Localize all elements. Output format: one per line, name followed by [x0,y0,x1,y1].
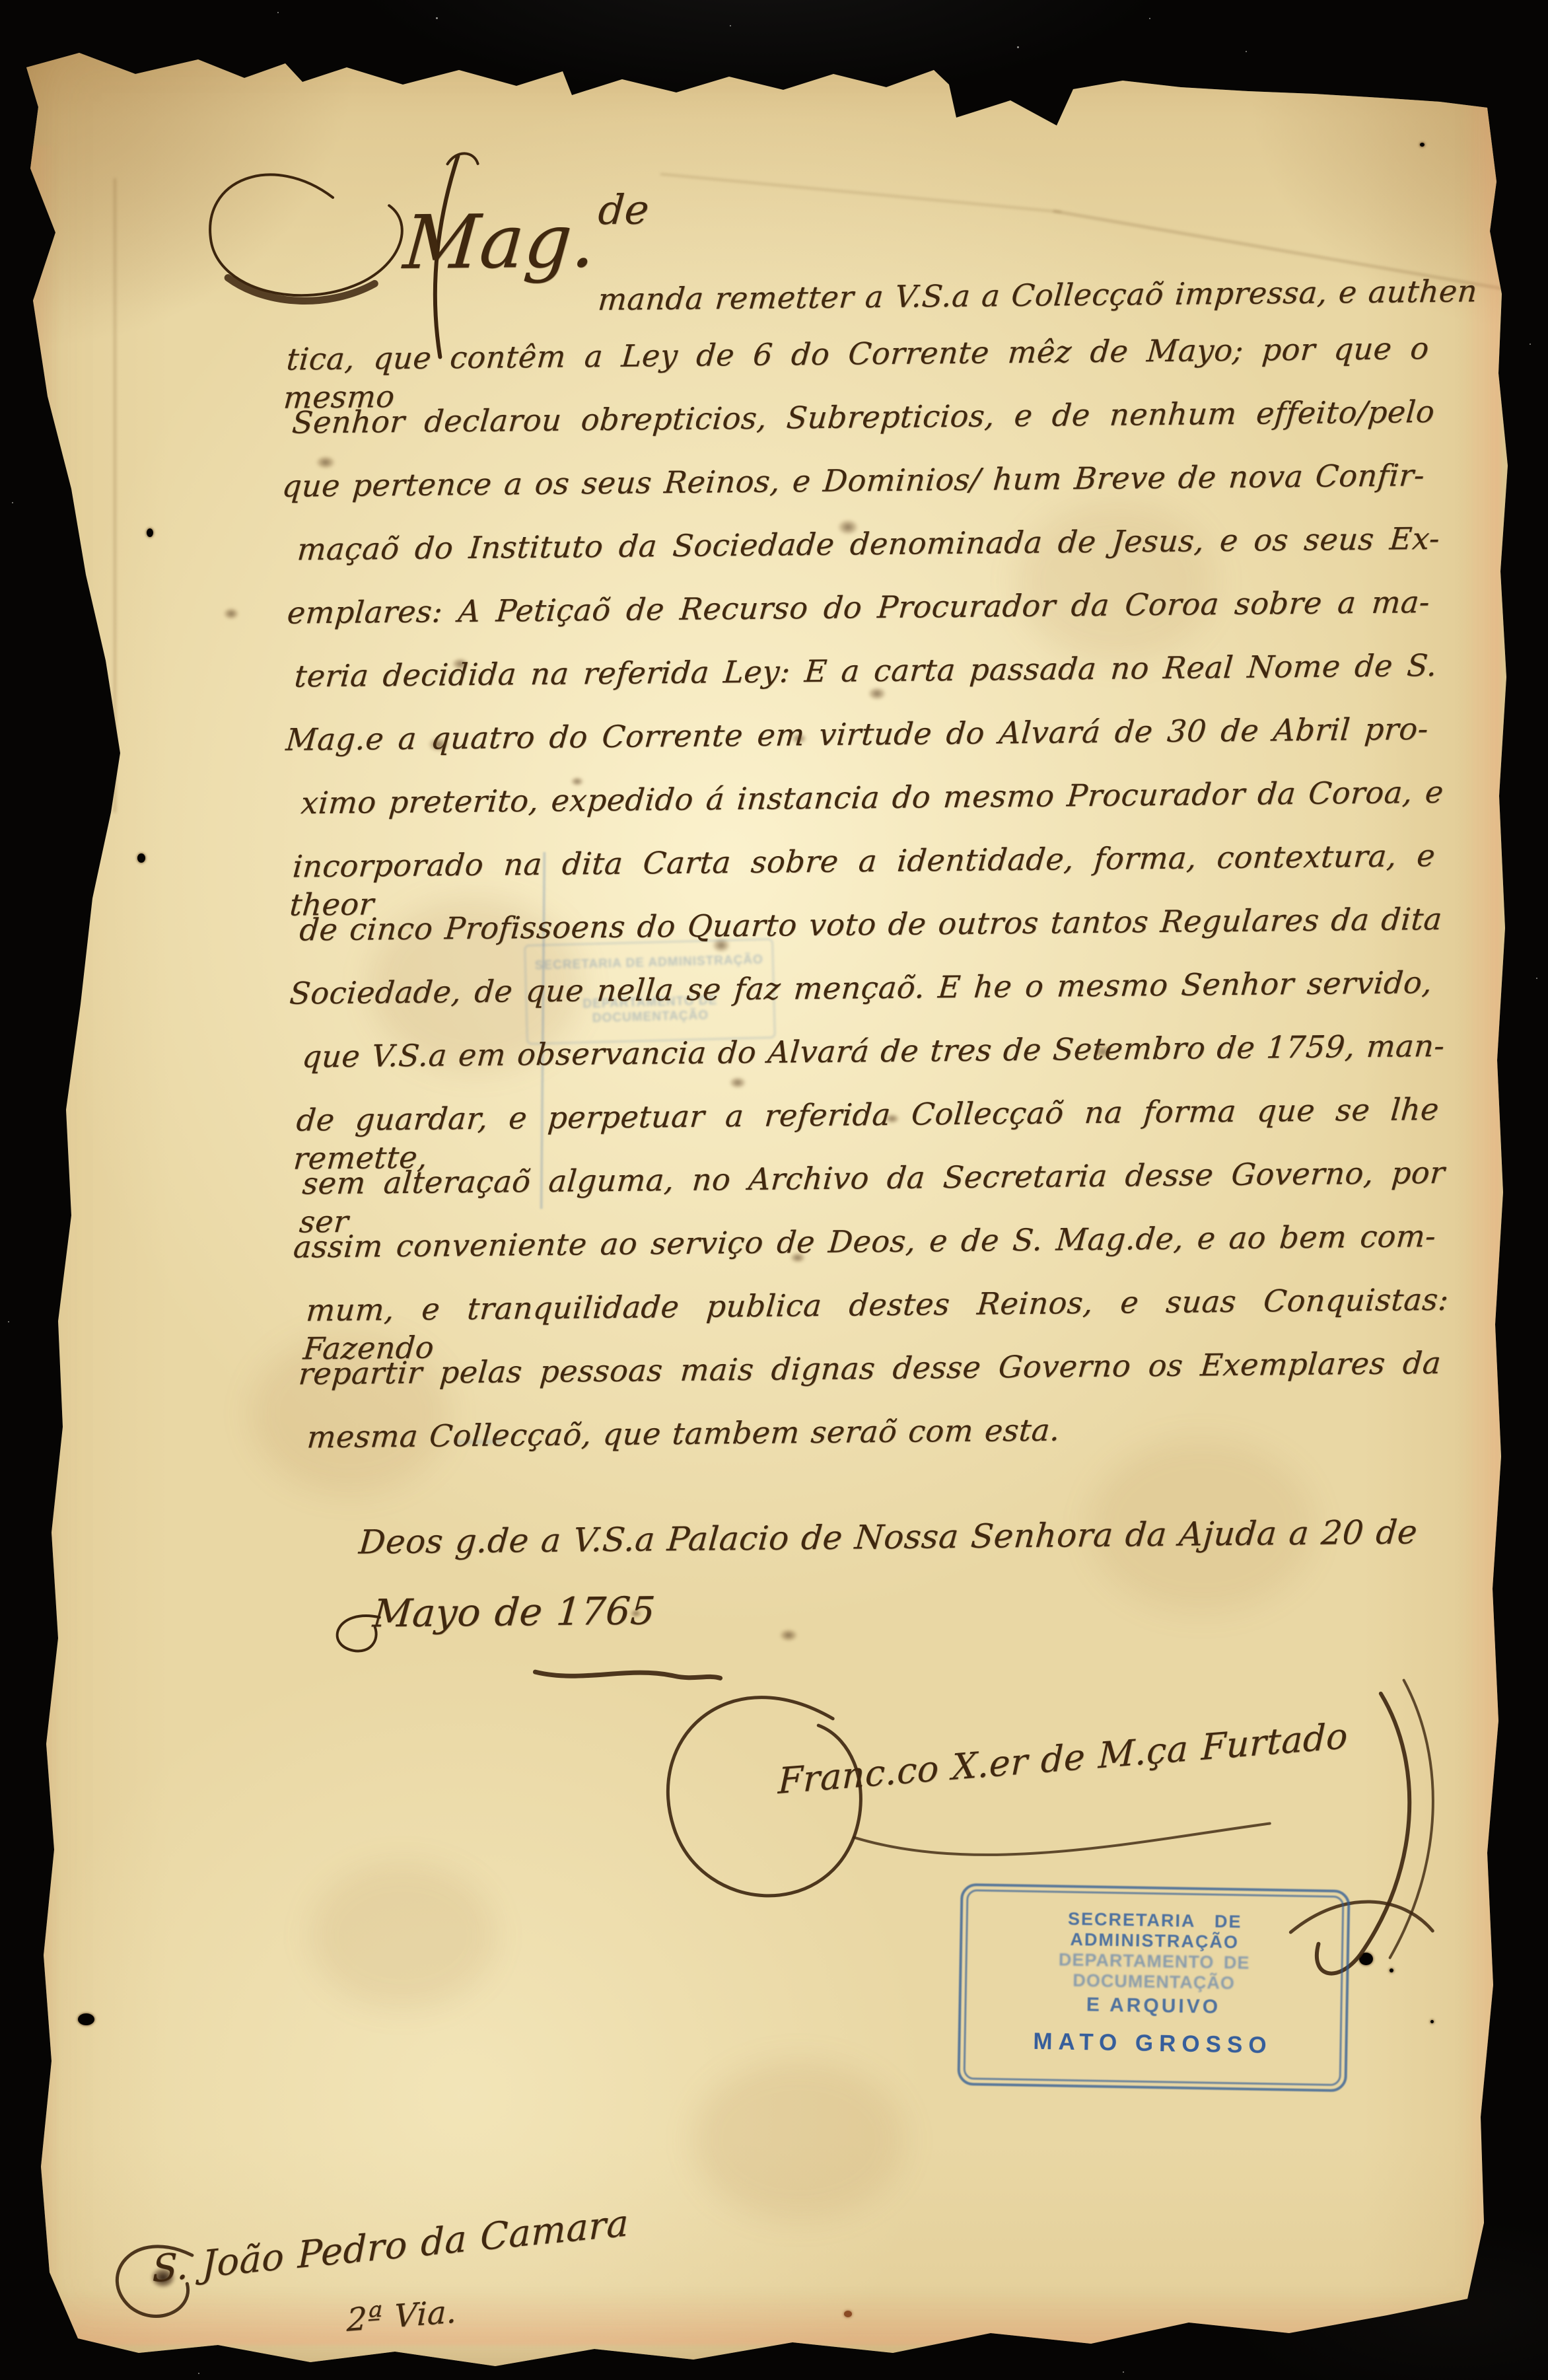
manuscript-paper: SECRETARIA DE ADMINISTRAÇÃO DEPARTAMENTO… [0,0,1548,2380]
manuscript-line: maçaõ do Instituto da Sociedade denomina… [296,520,1441,569]
dust-speck [198,2373,199,2374]
superscript-de: de [596,186,651,234]
dust-speck [1123,2371,1124,2373]
dust-speck [436,17,438,19]
dust-speck [1246,51,1247,52]
manuscript-line: teria decidida na referida Ley: E a cart… [293,647,1438,696]
dust-speck [12,502,13,503]
opening-abbreviation: Mag.de [400,194,651,289]
dust-speck [277,12,279,13]
dust-speck [730,25,731,26]
dust-speck [1536,978,1537,979]
photo-backdrop: SECRETARIA DE ADMINISTRAÇÃO DEPARTAMENTO… [0,0,1548,2380]
manuscript-line: ximo preterito, expedido á instancia do … [300,774,1445,822]
dust-speck [1149,18,1150,19]
manuscript-line: manda remetter a V.S.a a Collecçaõ impre… [596,272,1479,318]
dust-speck [1530,343,1531,345]
manuscript-line: que V.S.a em observancia do Alvará de tr… [300,1027,1446,1076]
archive-stamp: SECRETARIA DE ADMINISTRAÇÃO DEPARTAMENTO… [957,1883,1350,2092]
manuscript-line: Sociedade, de que nella se faz mençaõ. E… [288,964,1433,1013]
manuscript-line: emplares: A Petiçaõ de Recurso do Procur… [286,583,1431,632]
manuscript-line: mesma Collecçaõ, que tambem seraõ com es… [306,1411,1061,1456]
stamp-line-departamento: DEPARTAMENTO DE DOCUMENTAÇÃO [976,1948,1332,1995]
copy-note: 2ª Via. [346,2291,457,2340]
manuscript-line: Mag.e a quatro do Corrente em virtude do… [285,710,1430,759]
manuscript-line: que pertence a os seus Reinos, e Dominio… [281,456,1426,505]
closing-line: Deos g.de a V.S.a Palacio de Nossa Senho… [357,1511,1419,1563]
dust-speck [1017,46,1019,48]
dust-speck [8,1321,9,1322]
stamp-line-secretaria: SECRETARIA DE ADMINISTRAÇÃO [977,1907,1333,1954]
addressee-signature: S. João Pedro da Camara [152,2200,629,2293]
